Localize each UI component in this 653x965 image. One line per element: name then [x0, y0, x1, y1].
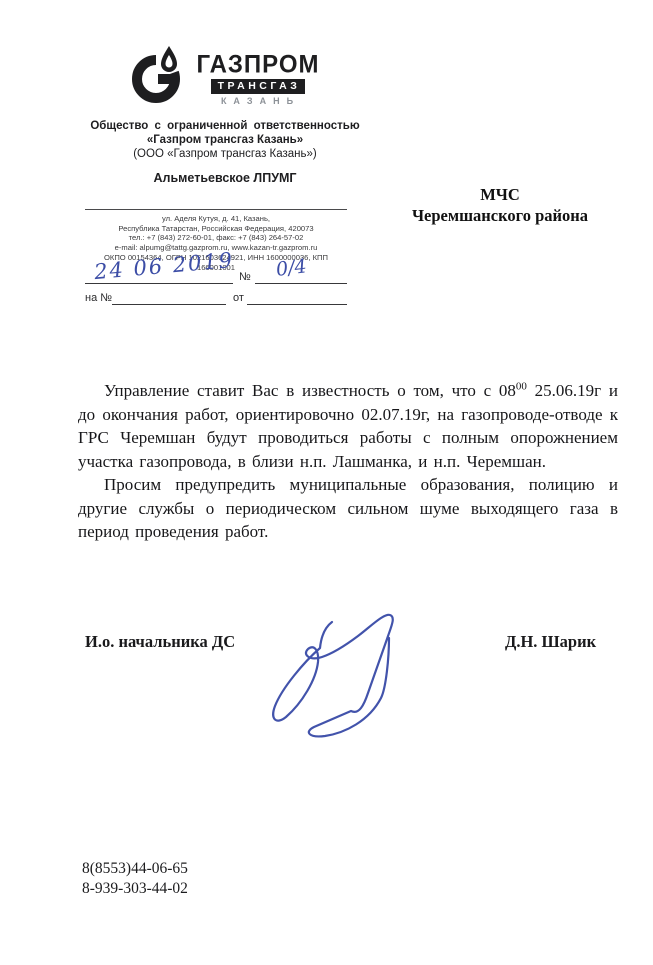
reply-number-underline — [112, 304, 226, 305]
recipient-org: МЧС — [375, 184, 625, 205]
handwritten-number: 0/4 — [275, 255, 308, 281]
company-name-block: Общество с ограниченной ответственностью… — [60, 119, 390, 185]
contact-address-line1: ул. Аделя Кутуя, д. 41, Казань, — [85, 214, 347, 224]
branch-name: Альметьевское ЛПУМГ — [60, 171, 390, 185]
letterhead: ГАЗПРОМ ТРАНСГАЗ КАЗАНЬ Общество с огран… — [60, 44, 390, 185]
date-underline — [85, 283, 233, 284]
company-short-name: (ООО «Газпром трансгаз Казань») — [60, 147, 390, 161]
gazprom-logo: ГАЗПРОМ ТРАНСГАЗ КАЗАНЬ — [60, 44, 390, 111]
from-date-underline — [247, 304, 347, 305]
company-legal-form: Общество с ограниченной ответственностью — [60, 119, 390, 133]
paragraph-2: Просим предупредить муниципальные образо… — [78, 473, 618, 544]
contact-phones: тел.: +7 (843) 272-60-01, факс: +7 (843)… — [85, 233, 347, 243]
logo-wordmark: ГАЗПРОМ ТРАНСГАЗ КАЗАНЬ — [196, 53, 319, 106]
from-label: от — [233, 292, 244, 304]
letter-body: Управление ставит Вас в известность о то… — [78, 379, 618, 544]
reply-label: на № — [85, 292, 112, 304]
logo-brand-text: ГАЗПРОМ — [196, 52, 319, 77]
recipient-block: МЧС Черемшанского района — [375, 184, 625, 226]
gazprom-flame-icon — [130, 44, 192, 111]
signer-position: И.о. начальника ДС — [85, 632, 235, 652]
recipient-district: Черемшанского района — [375, 205, 625, 226]
footer-phone-1: 8(8553)44-06-65 — [82, 859, 188, 879]
footer-phone-2: 8-939-303-44-02 — [82, 879, 188, 899]
letter-page: ГАЗПРОМ ТРАНСГАЗ КАЗАНЬ Общество с огран… — [0, 0, 653, 965]
number-label: № — [239, 271, 251, 283]
company-name: «Газпром трансгаз Казань» — [60, 133, 390, 147]
signer-name: Д.Н. Шарик — [505, 632, 596, 652]
contact-phones-footer: 8(8553)44-06-65 8-939-303-44-02 — [82, 859, 188, 898]
paragraph-1: Управление ставит Вас в известность о то… — [78, 379, 618, 473]
number-underline — [255, 283, 347, 284]
paragraph-1-start: Управление ставит Вас в известность о то… — [104, 381, 516, 400]
time-superscript: 00 — [516, 380, 527, 392]
logo-transgaz-badge: ТРАНСГАЗ — [211, 79, 306, 94]
contact-address-line2: Республика Татарстан, Российская Федерац… — [85, 224, 347, 234]
logo-city-text: КАЗАНЬ — [216, 96, 300, 106]
signature-scribble — [250, 596, 410, 761]
